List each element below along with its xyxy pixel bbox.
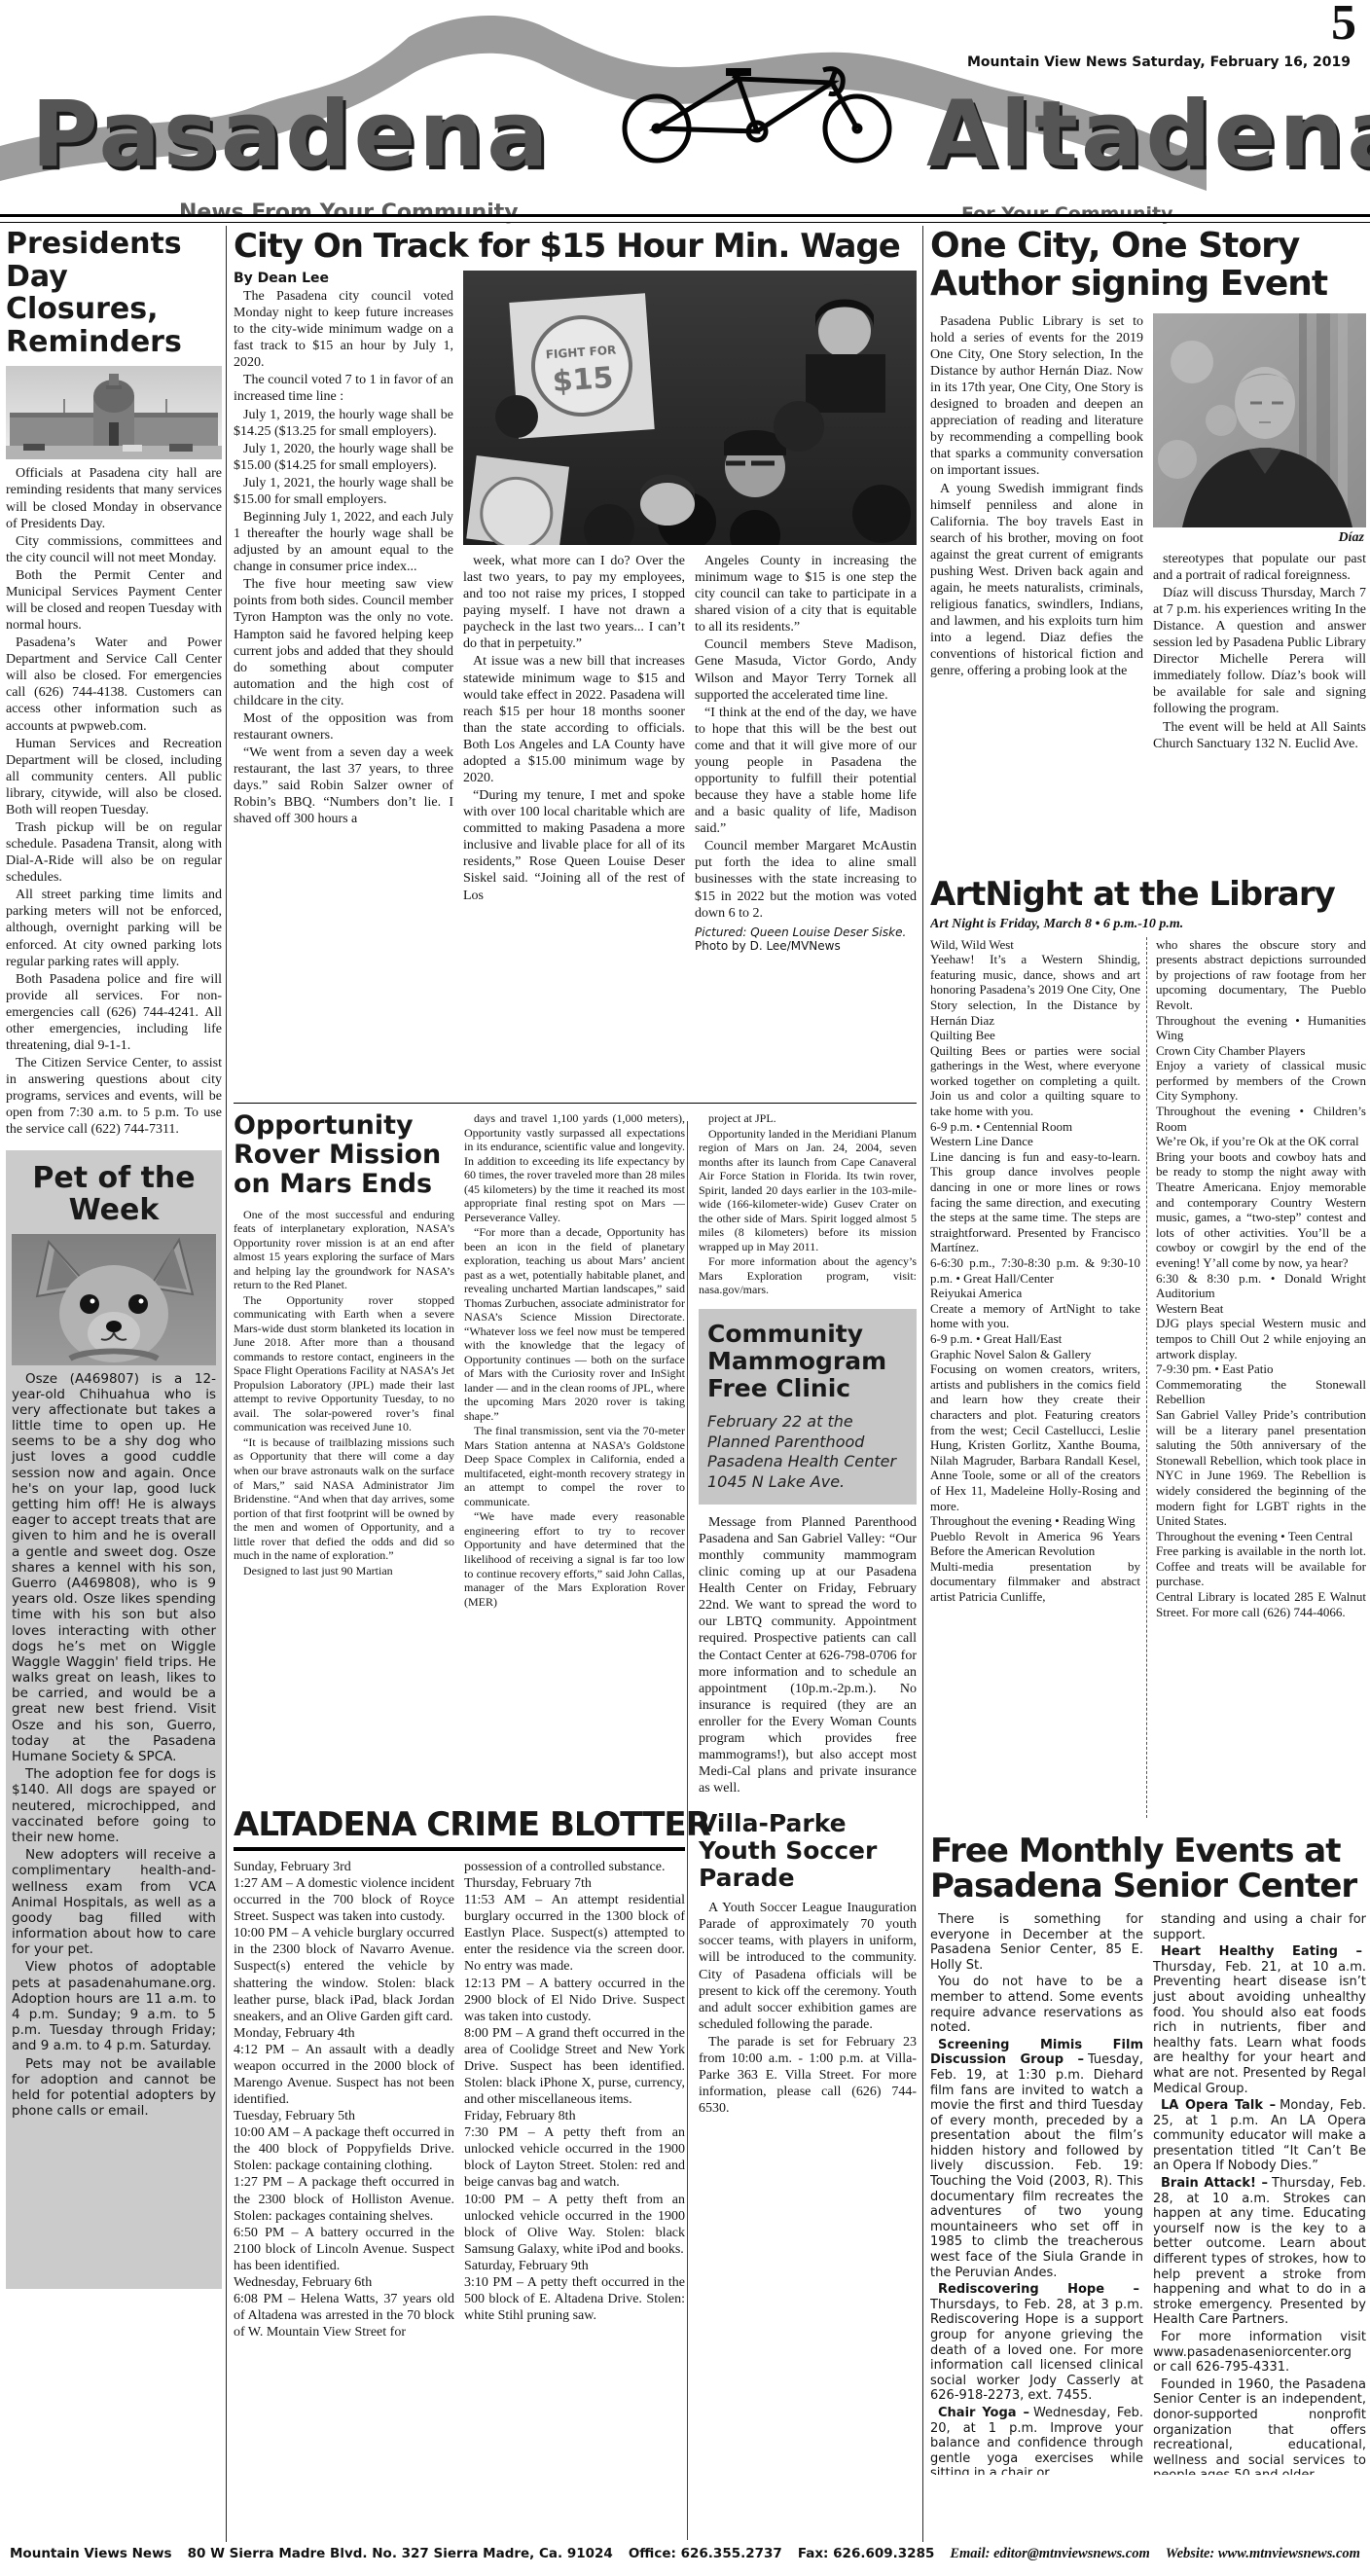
body-paragraph: The event will be held at All Saints Chu… <box>1153 719 1366 752</box>
body-paragraph: Message from Planned Parenthood Pasadena… <box>699 1514 917 1796</box>
body-paragraph: project at JPL. <box>699 1111 917 1126</box>
event-text: You do not have to be a member to attend… <box>930 1975 1143 2035</box>
mammogram-subtitle: February 22 at the Planned Parenthood Pa… <box>707 1412 908 1493</box>
senior-item: standing and using a chair for support. <box>1153 1912 1366 1942</box>
body-paragraph: For more information about the agency’s … <box>699 1254 917 1297</box>
right-column: One City, One Story Author signing Event… <box>930 226 1366 2542</box>
event-lead: Heart Healthy Eating – <box>1161 1944 1362 1959</box>
body-paragraph: Pasadena’s Water and Power Department an… <box>6 635 222 734</box>
body-paragraph: The adoption fee for dogs is $140. All d… <box>12 1766 216 1845</box>
caption-credit: Photo by D. Lee/MVNews <box>695 939 841 953</box>
event-text: Throughout the evening • Reading Wing <box>930 1513 1140 1529</box>
page-number: 5 <box>1331 0 1356 49</box>
byline: By Dean Lee <box>234 271 453 286</box>
event-text: Focusing on women creators, writers, art… <box>930 1361 1140 1513</box>
event-title: Western Line Dance <box>930 1134 1140 1149</box>
body-paragraph: stereotypes that populate our past and a… <box>1153 551 1366 584</box>
villaparke-body: A Youth Soccer League Inauguration Parad… <box>699 1900 917 2117</box>
event-text: who shares the obscure story and present… <box>1156 937 1366 1013</box>
event-text: San Gabriel Valley Pride’s contribution … <box>1156 1407 1366 1529</box>
event-text: 6-6:30 p.m., 7:30-8:30 p.m. & 9:30-10 p.… <box>930 1255 1140 1286</box>
footer-name: Mountain Views News <box>10 2546 172 2561</box>
body-paragraph: Pets may not be available for adoption a… <box>12 2056 216 2120</box>
event-lead: Rediscovering Hope – <box>938 2282 1139 2297</box>
mammogram-body: Message from Planned Parenthood Pasadena… <box>699 1514 917 1796</box>
event-text: Enjoy a variety of classical music perfo… <box>1156 1058 1366 1104</box>
event-text: Line dancing is fun and easy-to-learn. T… <box>930 1149 1140 1255</box>
blotter-day: Tuesday, February 5th <box>234 2108 454 2124</box>
event-text: Throughout the evening • Children’s Room <box>1156 1104 1366 1134</box>
body-paragraph: Opportunity landed in the Meridiani Plan… <box>699 1127 917 1254</box>
artnight-intro: Art Night is Friday, March 8 • 6 p.m.-10… <box>930 917 1366 933</box>
senior-col2: standing and using a chair for support. … <box>1153 1912 1366 2475</box>
event-text: Quilting Bees or parties were social gat… <box>930 1043 1140 1119</box>
body-paragraph: The Pasadena city council voted Monday n… <box>234 288 453 371</box>
body-paragraph: One of the most successful and enduring … <box>234 1208 454 1292</box>
event-title: Crown City Chamber Players <box>1156 1043 1366 1059</box>
column-divider <box>226 226 227 2542</box>
body-paragraph: The parade is set for February 23 from 1… <box>699 2034 917 2117</box>
body-paragraph: “I think at the end of the day, we have … <box>695 705 917 838</box>
body-paragraph: All street parking time limits and parki… <box>6 887 222 969</box>
onecity-col1: Pasadena Public Library is set to hold a… <box>930 313 1143 864</box>
event-title: Pueblo Revolt in America 96 Years Before… <box>930 1529 1140 1559</box>
body-paragraph: Trash pickup will be on regular schedule… <box>6 819 222 886</box>
body-paragraph: The Citizen Service Center, to assist in… <box>6 1055 222 1138</box>
event-text: 7-9:30 pm. • East Patio <box>1156 1361 1366 1377</box>
blotter-entry: 10:00 PM – A vehicle burglary occurred i… <box>234 1925 454 2024</box>
blotter-col1: Sunday, February 3rd 1:27 AM – A domesti… <box>234 1859 454 2519</box>
wage-col1: The Pasadena city council voted Monday n… <box>234 288 453 828</box>
body-paragraph: Most of the opposition was from restaura… <box>234 710 453 744</box>
event-title: Graphic Novel Salon & Gallery <box>930 1347 1140 1362</box>
opportunity-title: Opportunity Rover Mission on Mars Ends <box>234 1111 454 1200</box>
body-paragraph: days and travel 1,100 yards (1,000 meter… <box>464 1111 685 1224</box>
body-paragraph: “We went from a seven day a week restaur… <box>234 744 453 827</box>
event-title: Wild, Wild West <box>930 937 1140 953</box>
body-paragraph: Officials at Pasadena city hall are remi… <box>6 465 222 531</box>
blotter-entry: 10:00 PM – A petty theft from an unlocke… <box>464 2192 685 2258</box>
artnight-col2: who shares the obscure story and present… <box>1146 937 1366 1818</box>
website-value: www.mtnviewsnews.com <box>1218 2546 1360 2561</box>
event-text: Multi-media presentation by documentary … <box>930 1559 1140 1605</box>
blotter-entry: 4:12 PM – An assault with a deadly weapo… <box>234 2042 454 2108</box>
page-footer: Mountain Views News 80 W Sierra Madre Bl… <box>10 2546 1364 2562</box>
blotter-entry: 1:27 AM – A domestic violence incident o… <box>234 1875 454 1925</box>
section-rule <box>234 1103 917 1104</box>
sign-text: $15 <box>552 361 615 399</box>
senior-item: There is something for everyone in Decem… <box>930 1912 1143 1973</box>
event-text: Yeehaw! It’s a Western Shindig, featurin… <box>930 952 1140 1028</box>
hernan-diaz-portrait-photo <box>1153 313 1366 527</box>
event-text: Thursdays, to Feb. 28, at 3 p.m. Redisco… <box>930 2298 1143 2404</box>
body-paragraph: “It is because of trailblazing missions … <box>234 1435 454 1563</box>
body-paragraph: July 1, 2020, the hourly wage shall be $… <box>234 441 453 474</box>
blotter-day: Saturday, February 9th <box>464 2258 685 2274</box>
blotter-day: Thursday, February 7th <box>464 1875 685 1892</box>
event-text: Founded in 1960, the Pasadena Senior Cen… <box>1153 2377 1366 2475</box>
footer-address: 80 W Sierra Madre Blvd. No. 327 Sierra M… <box>188 2546 613 2561</box>
event-text: For more information visit www.pasadenas… <box>1153 2330 1366 2375</box>
masthead-altadena: Altadena <box>926 90 1370 181</box>
artnight-title: ArtNight at the Library <box>930 878 1366 911</box>
body-paragraph: July 1, 2019, the hourly wage shall be $… <box>234 407 453 440</box>
body-paragraph: At issue was a new bill that increases s… <box>463 653 685 786</box>
body-paragraph: Designed to last just 90 Martian <box>234 1564 454 1578</box>
blotter-entry: 11:53 AM – An attempt residential burgla… <box>464 1892 685 1975</box>
senior-item: You do not have to be a member to attend… <box>930 1975 1143 2035</box>
pet-of-week-box: Pet of the Week Os <box>6 1150 222 2289</box>
body-paragraph: Both the Permit Center and Municipal Ser… <box>6 567 222 634</box>
body-paragraph: July 1, 2021, the hourly wage shall be $… <box>234 475 453 508</box>
event-text: Throughout the evening • Teen Central <box>1156 1529 1366 1544</box>
event-title: Quilting Bee <box>930 1028 1140 1043</box>
senior-item: For more information visit www.pasadenas… <box>1153 2330 1366 2376</box>
city-hall-photo <box>6 366 222 459</box>
body-paragraph: The council voted 7 to 1 in favor of an … <box>234 372 453 405</box>
senior-item: Founded in 1960, the Pasadena Senior Cen… <box>1153 2377 1366 2475</box>
footer-website: Website: www.mtnviewsnews.com <box>1166 2546 1360 2562</box>
blotter-entry: 1:27 PM – A package theft occurred in th… <box>234 2174 454 2224</box>
event-text: 6-9 p.m. • Great Hall/East <box>930 1331 1140 1347</box>
blotter-day: Friday, February 8th <box>464 2108 685 2124</box>
body-paragraph: Council member Margaret McAustin put for… <box>695 838 917 921</box>
senior-item: Brain Attack! –Thursday, Feb. 28, at 10 … <box>1153 2176 1366 2328</box>
mammogram-box: Community Mammogram Free Clinic February… <box>699 1309 917 1505</box>
villaparke-title: Villa-Parke Youth Soccer Parade <box>699 1810 917 1892</box>
blotter-entry: 10:00 AM – A package theft occurred in t… <box>234 2124 454 2174</box>
presidents-title: Presidents Day Closures, Reminders <box>6 228 222 358</box>
body-paragraph: “We have made every reasonable engineeri… <box>464 1509 685 1609</box>
presidents-body: Officials at Pasadena city hall are remi… <box>6 465 222 1138</box>
crime-blotter: Sunday, February 3rd 1:27 AM – A domesti… <box>234 1859 685 2519</box>
blotter-col2: possession of a controlled substance. Th… <box>464 1859 685 2519</box>
senior-col1: There is something for everyone in Decem… <box>930 1912 1143 2475</box>
body-paragraph: The Opportunity rover stopped communicat… <box>234 1293 454 1434</box>
masthead-rule <box>0 214 1370 223</box>
event-text: DJG plays special Western music and temp… <box>1156 1316 1366 1361</box>
left-column: Presidents Day Closures, Reminders Offic… <box>6 226 222 2542</box>
blotter-entry: 3:10 PM – A petty theft occurred in the … <box>464 2274 685 2324</box>
blotter-day: Wednesday, February 6th <box>234 2274 454 2291</box>
footer-email: Email: editor@mtnviewsnews.com <box>950 2546 1149 2562</box>
pet-body: Osze (A469807) is a 12-year-old Chihuahu… <box>12 1371 216 2120</box>
body-paragraph: Angeles County in increasing the minimum… <box>695 553 917 635</box>
senior-item: Heart Healthy Eating –Thursday, Feb. 21,… <box>1153 1944 1366 2096</box>
opportunity-article: Opportunity Rover Mission on Mars Ends O… <box>234 1111 685 1798</box>
chihuahua-photo <box>12 1234 216 1365</box>
artnight-listing: Wild, Wild West Yeehaw! It’s a Western S… <box>930 937 1366 1818</box>
blotter-title: ALTADENA CRIME BLOTTER <box>234 1802 685 1851</box>
onecity-title: One City, One Story Author signing Event <box>930 228 1366 304</box>
onecity-col2: stereotypes that populate our past and a… <box>1153 551 1366 752</box>
email-value: editor@mtnviewsnews.com <box>993 2546 1150 2561</box>
event-lead: Brain Attack! – <box>1161 2176 1268 2191</box>
body-paragraph: week, what more can I do? Over the last … <box>463 553 685 652</box>
wage-article: By Dean Lee The Pasadena city council vo… <box>234 271 917 1100</box>
senior-title: Free Monthly Events at Pasadena Senior C… <box>930 1833 1366 1905</box>
event-lead: LA Opera Talk – <box>1161 2098 1276 2113</box>
senior-item: LA Opera Talk –Monday, Feb. 25, at 1 p.m… <box>1153 2098 1366 2174</box>
senior-item: Rediscovering Hope –Thursdays, to Feb. 2… <box>930 2282 1143 2404</box>
wage-title: City On Track for $15 Hour Min. Wage <box>234 230 917 263</box>
body-paragraph: Human Services and Recreation Department… <box>6 736 222 818</box>
event-text: Create a memory of ArtNight to take home… <box>930 1301 1140 1331</box>
body-paragraph: A young Swedish immigrant finds himself … <box>930 481 1143 680</box>
body-paragraph: Beginning July 1, 2022, and each July 1 … <box>234 509 453 575</box>
body-paragraph: New adopters will receive a complimentar… <box>12 1847 216 1957</box>
website-label: Website: <box>1166 2546 1214 2561</box>
minimum-wage-protest-photo: FIGHT FOR $15 <box>463 271 917 545</box>
event-text: Throughout the evening • Humanities Wing <box>1156 1013 1366 1043</box>
senior-item: Screening Mimis Film Discussion Group –T… <box>930 2038 1143 2281</box>
blotter-day: Sunday, February 3rd <box>234 1859 454 1875</box>
opportunity-col1: One of the most successful and enduring … <box>234 1208 454 1578</box>
body-paragraph: Pasadena Public Library is set to hold a… <box>930 313 1143 480</box>
email-label: Email: <box>950 2546 990 2561</box>
body-paragraph: The five hour meeting saw view points fr… <box>234 576 453 709</box>
event-text: Free parking is available in the north l… <box>1156 1543 1366 1589</box>
blotter-entry: 6:50 PM – A battery occurred in the 2100… <box>234 2225 454 2274</box>
event-text: Thursday, Feb. 28, at 10 a.m. Strokes ca… <box>1153 2176 1366 2327</box>
blotter-entry: possession of a controlled substance. <box>464 1859 685 1875</box>
event-title: Commemorating the Stonewall Rebellion <box>1156 1377 1366 1407</box>
caption-italic: Pictured: Queen Louise Deser Siske. <box>695 925 906 939</box>
artnight-col1: Wild, Wild West Yeehaw! It’s a Western S… <box>930 937 1146 1818</box>
blotter-day: Monday, February 4th <box>234 2025 454 2042</box>
bicycle-icon <box>601 47 915 165</box>
onecity-article: Pasadena Public Library is set to hold a… <box>930 313 1366 864</box>
opportunity-col2: days and travel 1,100 yards (1,000 meter… <box>464 1111 685 1798</box>
body-paragraph: A Youth Soccer League Inauguration Parad… <box>699 1900 917 2033</box>
event-lead: Chair Yoga – <box>938 2406 1029 2420</box>
body-paragraph: Osze (A469807) is a 12-year-old Chihuahu… <box>12 1371 216 1765</box>
masthead-pasadena: Pasadena <box>31 90 552 181</box>
body-paragraph: “During my tenure, I met and spoke with … <box>463 787 685 904</box>
blotter-entry: 12:13 PM – A battery occurred in the 290… <box>464 1976 685 2025</box>
event-text: Bring your boots and cowboy hats and be … <box>1156 1149 1366 1271</box>
event-text: 6-9 p.m. • Centennial Room <box>930 1119 1140 1135</box>
footer-fax: Fax: 626.609.3285 <box>798 2546 935 2561</box>
event-text: Thursday, Feb. 21, at 10 a.m. Preventing… <box>1153 1960 1366 2096</box>
blotter-entry: 6:08 PM – Helena Watts, 37 years old of … <box>234 2291 454 2340</box>
middle-column: City On Track for $15 Hour Min. Wage By … <box>234 226 917 2542</box>
event-text: Tuesday, Feb. 19, at 1:30 p.m. Diehard f… <box>930 2052 1143 2279</box>
body-paragraph: Both Pasadena police and fire will provi… <box>6 971 222 1054</box>
event-text: Central Library is located 285 E Walnut … <box>1156 1589 1366 1619</box>
footer-office: Office: 626.355.2737 <box>629 2546 782 2561</box>
body-paragraph: Council members Steve Madison, Gene Masu… <box>695 636 917 703</box>
diaz-caption: Díaz <box>1155 530 1364 546</box>
mammogram-title: Community Mammogram Free Clinic <box>707 1321 908 1402</box>
pet-title: Pet of the Week <box>12 1162 216 1226</box>
event-title: We’re Ok, if you’re Ok at the OK corral <box>1156 1134 1366 1149</box>
column-divider <box>922 226 923 2542</box>
body-paragraph: Díaz will discuss Thursday, March 7 at 7… <box>1153 585 1366 718</box>
opportunity-col3: project at JPL.Opportunity landed in the… <box>699 1111 917 1297</box>
event-title: Western Beat <box>1156 1301 1366 1317</box>
photo-caption: Pictured: Queen Louise Deser Siske. Phot… <box>695 925 917 953</box>
body-paragraph: “For more than a decade, Opportunity has… <box>464 1225 685 1423</box>
senior-listing: There is something for everyone in Decem… <box>930 1912 1366 2475</box>
body-paragraph: City commissions, committees and the cit… <box>6 533 222 566</box>
wage-col3: Angeles County in increasing the minimum… <box>695 553 917 922</box>
event-text: 6:30 & 8:30 p.m. • Donald Wright Auditor… <box>1156 1271 1366 1301</box>
blotter-entry: 7:30 PM – A petty theft from an unlocked… <box>464 2124 685 2191</box>
event-text: standing and using a chair for support. <box>1153 1912 1366 1942</box>
event-text: There is something for everyone in Decem… <box>930 1912 1143 1973</box>
newspaper-page: 5 Mountain View News Saturday, February … <box>0 0 1370 2576</box>
body-paragraph: The final transmission, sent via the 70-… <box>464 1424 685 1508</box>
blotter-entry: 8:00 PM – A grand theft occurred in the … <box>464 2025 685 2108</box>
senior-item: Chair Yoga –Wednesday, Feb. 20, at 1 p.m… <box>930 2406 1143 2475</box>
wage-col2: week, what more can I do? Over the last … <box>463 553 685 953</box>
event-title: Reiyukai America <box>930 1286 1140 1301</box>
body-paragraph: View photos of adoptable pets at pasaden… <box>12 1959 216 2053</box>
